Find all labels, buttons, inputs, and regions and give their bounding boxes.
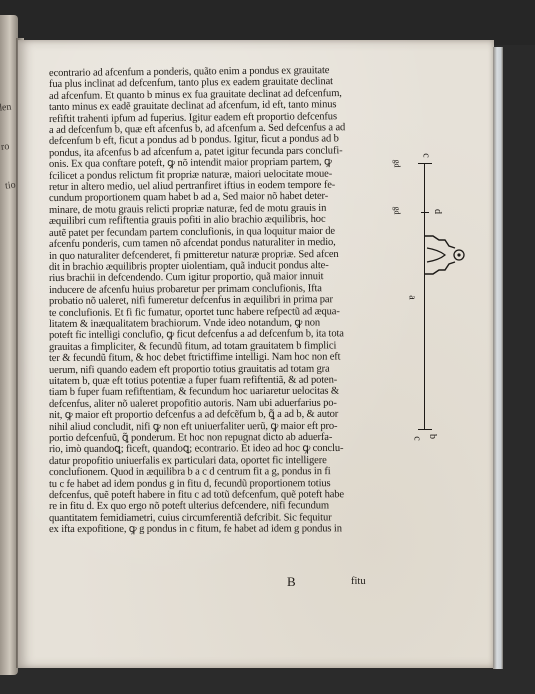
label-upper-side-note: gd: [393, 207, 402, 215]
scanner-background-bottom: [0, 670, 535, 694]
fragment: den: [0, 100, 14, 115]
balance-diagram: c gd d gd a b c: [395, 140, 475, 450]
label-bottom-side-note: c: [412, 436, 423, 440]
signature-mark: B: [287, 574, 296, 590]
text-line: nit, ꝙ maior eft proportio defcenfus a a…: [49, 409, 379, 422]
text-line: ex ifta expofitione, ꝙ g pondus in c fit…: [49, 524, 379, 536]
scanner-background-top: [0, 0, 535, 45]
page-fore-edge: [493, 47, 503, 669]
text-line: rio, imò quandoꝗ; ficeft, quandoꝗ; econt…: [49, 443, 379, 456]
catchword: fitu: [351, 576, 366, 587]
label-top-end: c: [421, 153, 432, 157]
beam-line: [424, 163, 425, 430]
bottom-end-tick: [418, 429, 432, 430]
text-line: tu c fe habet ad idem pondus g in fitu d…: [49, 478, 379, 490]
upper-tick: [421, 212, 429, 213]
text-line: conclufionem. Quod in æquilibra b a c d …: [49, 466, 379, 478]
label-center: a: [407, 295, 418, 299]
text-line: re in fitu d. Ex quo ergo nõ poteft ulte…: [49, 501, 379, 513]
label-top-side-note: gd: [393, 160, 402, 168]
balance-pivot-icon: [425, 230, 469, 280]
text-line: ter & fecundũ fitum, & hoc debet ftricti…: [49, 351, 379, 364]
label-upper-tick: d: [432, 209, 443, 214]
main-text-block: econtrario ad afcenfum a ponderis, quãto…: [49, 68, 379, 536]
label-bottom-end: b: [427, 434, 438, 439]
top-end-tick: [418, 163, 432, 164]
